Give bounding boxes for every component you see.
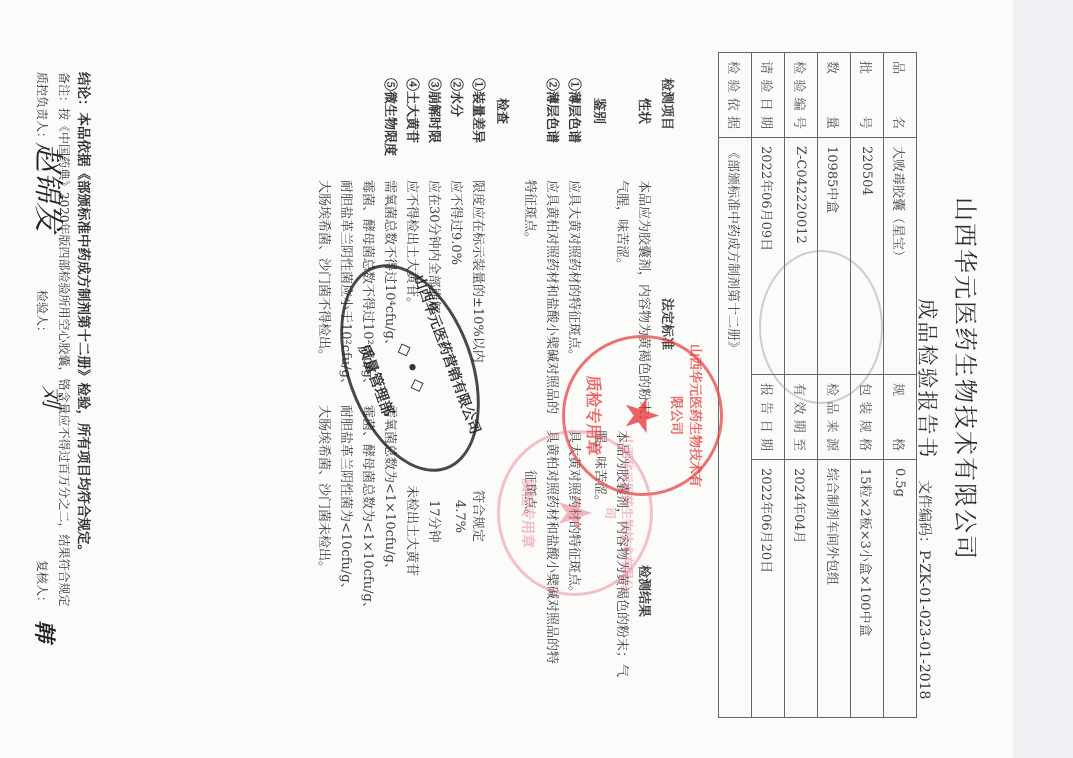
faint-stamp [759, 250, 883, 404]
star-icon: ★ [616, 395, 670, 436]
result-rhaponticin: 未检出土大黄苷 [404, 485, 423, 576]
item-tlc-1: ①薄层色谱 [566, 78, 585, 143]
label-request-date: 请验日期 [752, 53, 785, 138]
value-report-date: 2022年06月20日 [752, 460, 785, 718]
identification-heading: 鉴别 [591, 98, 610, 124]
item-moisture: ②水分 [448, 78, 467, 117]
column-item-heading: 检测项目 [659, 78, 678, 130]
value-spec: 0.5g [884, 460, 917, 718]
item-disintegration: ③崩解时限 [426, 78, 445, 143]
item-appearance: 性状 [636, 98, 655, 124]
inspector-label: 检验人： [34, 290, 51, 338]
company-name: 山西华元医药生物技术有限公司 [950, 0, 985, 758]
label-spec: 规 格 [884, 375, 917, 460]
conclusion: 结论：本品依据《部颁标准中药成方制剂第十二册》检验，所有项目均符合规定。 [75, 72, 95, 558]
inspection-report-page: 山西华元医药生物技术有限公司 成品检验报告书 文件编码：P-ZK-01-023-… [0, 0, 1073, 758]
table-row: 品 名 大败毒胶囊（星宝） 规 格 0.5g [884, 53, 917, 718]
label-test-basis: 检验依据 [719, 53, 752, 138]
standard-tlc-2-line2: 特征斑点。 [522, 180, 541, 245]
standard-moisture: 应不得过9.0% [448, 180, 467, 265]
value-sample-source: 综合制剂车间外包组 [818, 460, 851, 718]
pink-stamp-top-text: 山西华元医药生物技术有限公司 [602, 433, 636, 593]
value-test-basis: 《部颁标准中药成方制剂第十二册》 [719, 138, 752, 718]
standard-appearance-line2: 气腥，味苦涩。 [614, 180, 633, 271]
item-microbial-limit: ⑤微生物限度 [382, 78, 401, 156]
pink-qc-stamp: 山西华元医药生物技术有限公司 ★ 质检专用章 [497, 430, 653, 596]
column-result-heading: 检测结果 [636, 565, 655, 617]
star-icon: ★ [548, 492, 602, 533]
red-stamp-top-text: 山西华元医药生物技术有限公司 [668, 338, 706, 493]
item-tlc-2: ②薄层色谱 [544, 78, 563, 143]
value-package-spec: 15粒×2板×3小盒×100中盒 [851, 460, 884, 718]
reviewer-label: 复核人： [34, 560, 51, 608]
result-fill-variation: 符合规定 [470, 490, 489, 542]
standard-tlc-1: 应具大黄对照药材的特征斑点。 [566, 180, 585, 362]
reviewer-signature: 韩 [30, 620, 61, 642]
label-product-name: 品 名 [884, 53, 917, 138]
standard-tlc-2-line1: 应具黄柏对照药材和盐酸小檗碱对照品的 [544, 180, 563, 414]
result-microbial-line3: 耐胆盐革兰阴性菌为<10cfu/g、 [338, 405, 357, 596]
result-disintegration: 17分钟 [426, 500, 445, 543]
label-test-number: 检验编号 [785, 53, 818, 138]
label-quantity: 数 量 [818, 53, 851, 138]
result-microbial-line4: 大肠埃希菌、沙门菌未检出。 [316, 405, 335, 574]
pink-stamp-bottom-text: 质检专用章 [518, 433, 538, 593]
result-moisture: 4.7% [452, 500, 467, 533]
item-rhaponticin: ④土大黄苷 [404, 78, 423, 143]
value-expiry: 2024年04月 [785, 460, 818, 718]
standard-fill-variation: 限度应在标示装量的±10%以内 [470, 180, 489, 363]
qc-manager-signature: 赵锦发 [29, 142, 73, 232]
document-code: 文件编码：P-ZK-01-023-01-2018 [915, 480, 935, 699]
inspector-signature: 刘 [37, 385, 68, 407]
scan-shading [1013, 0, 1073, 758]
table-row: 检验依据 《部颁标准中药成方制剂第十二册》 [719, 53, 752, 718]
item-fill-variation: ①装量差异 [470, 78, 489, 143]
standard-microbial-line4: 大肠埃希菌、沙门菌不得检出。 [316, 180, 335, 362]
value-product-name: 大败毒胶囊（星宝） [884, 138, 917, 375]
label-batch: 批 号 [851, 53, 884, 138]
label-report-date: 报告日期 [752, 375, 785, 460]
inspection-heading: 检查 [494, 98, 513, 124]
qc-manager-label: 质控负责人： [34, 72, 51, 144]
